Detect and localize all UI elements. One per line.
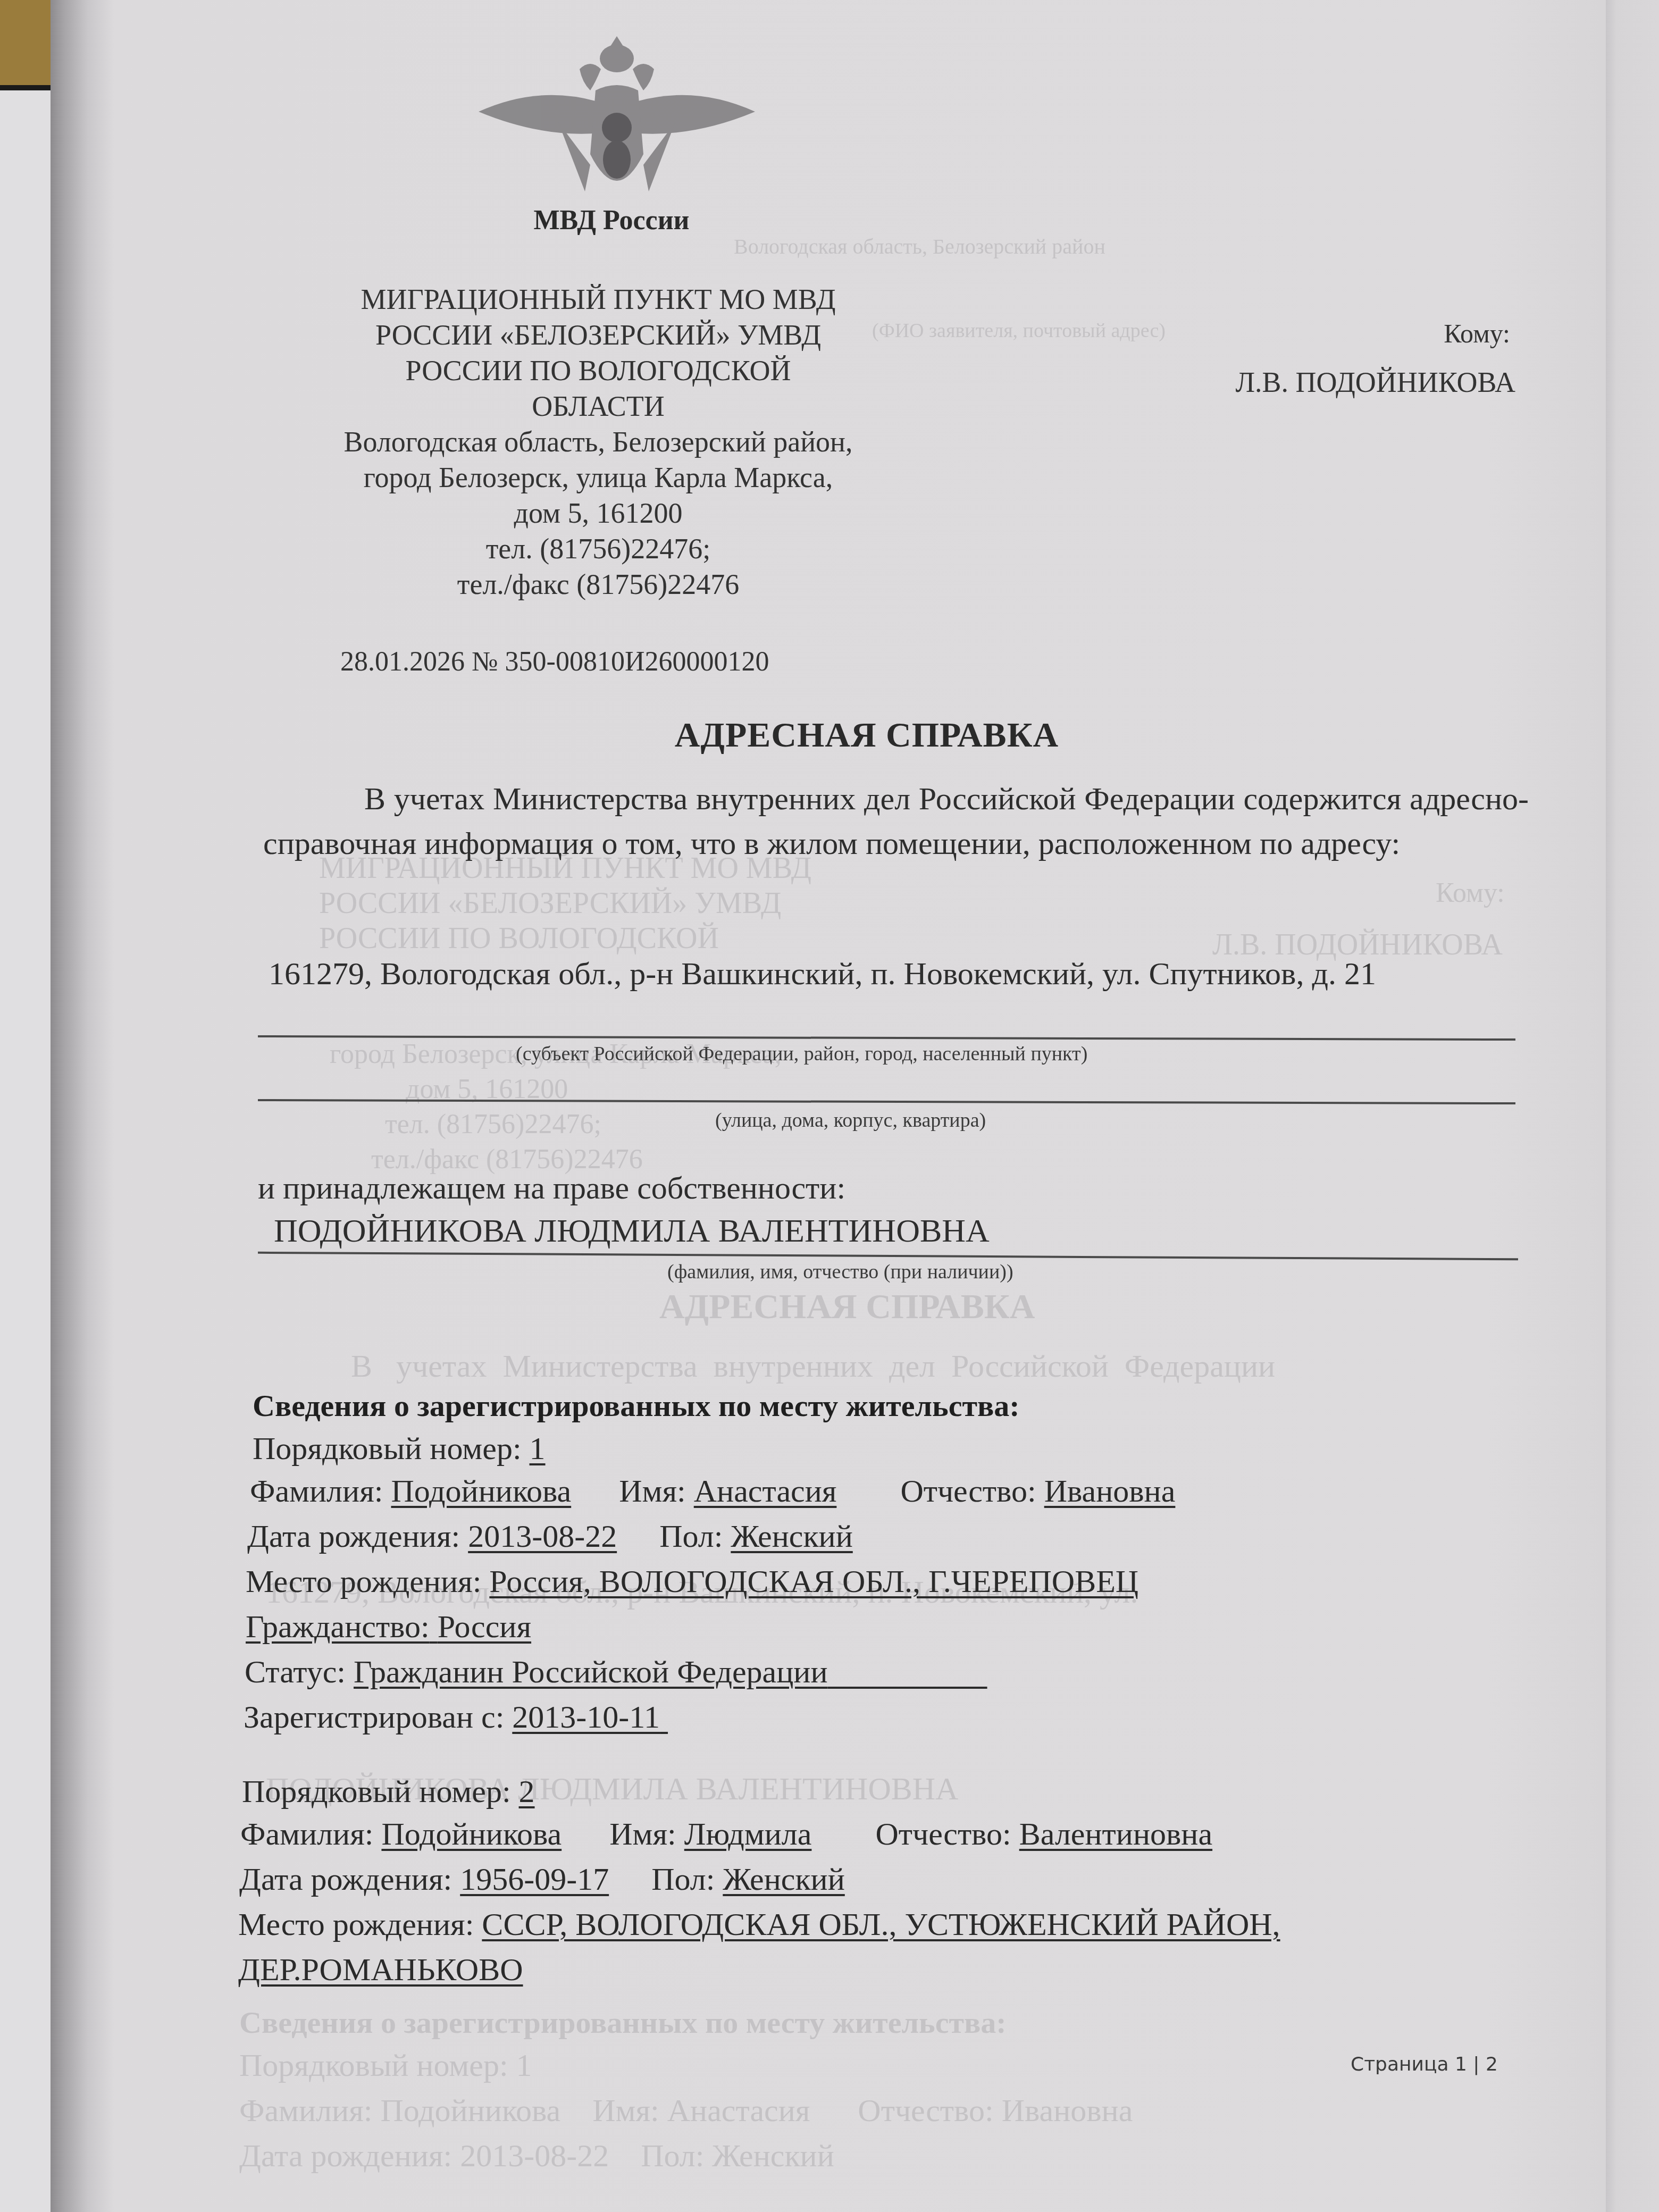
person-status: Гражданин Российской Федерации <box>354 1654 828 1689</box>
document-date-number: 28.01.2026 № 350-00810И260000120 <box>340 646 769 677</box>
intro-paragraph: В учетах Министерства внутренних дел Рос… <box>263 776 1529 866</box>
person-registered-since: 2013-10-11 <box>512 1699 660 1735</box>
person-birth-place: СССР, ВОЛОГОДСКАЯ ОБЛ., УСТЮЖЕНСКИЙ РАЙО… <box>482 1907 1280 1942</box>
field-birth-place-cont: ДЕР.РОМАНЬКОВО <box>238 1951 523 1988</box>
org-address-line: город Белозерск, улица Карла Маркса, <box>298 460 899 496</box>
org-name-line: ОБЛАСТИ <box>298 389 899 424</box>
property-address: 161279, Вологодская обл., р-н Вашкинский… <box>269 952 1507 995</box>
address-certificate: МВД России МИГРАЦИОННЫЙ ПУНКТ МО МВД РОС… <box>0 0 1659 2212</box>
address-region-rule <box>258 1035 1515 1041</box>
org-name-line: МИГРАЦИОННЫЙ ПУНКТ МО МВД <box>298 282 899 317</box>
issuer-block: МИГРАЦИОННЫЙ ПУНКТ МО МВД РОССИИ «БЕЛОЗЕ… <box>298 282 899 602</box>
owner-rule <box>258 1252 1518 1260</box>
agency-short-name: МВД России <box>500 205 723 236</box>
person-surname: Подойникова <box>381 1816 562 1851</box>
person-number: 2 <box>519 1774 535 1809</box>
caption-region: (субъект Российской Федерации, район, го… <box>516 1042 1087 1066</box>
org-address-line: Вологодская область, Белозерский район, <box>298 424 899 460</box>
field-number: Порядковый номер: 1 <box>253 1430 546 1467</box>
field-birth-place: Место рождения: Россия, ВОЛОГОДСКАЯ ОБЛ.… <box>246 1563 1138 1600</box>
person-birth-place: Россия, ВОЛОГОДСКАЯ ОБЛ., Г.ЧЕРЕПОВЕЦ <box>489 1564 1138 1599</box>
field-registered-since: Зарегистрирован с: 2013-10-11 <box>244 1699 668 1736</box>
person-patronymic: Ивановна <box>1044 1473 1176 1509</box>
person-name: Анастасия <box>694 1473 837 1509</box>
caption-owner: (фамилия, имя, отчество (при наличии)) <box>667 1260 1013 1284</box>
person-birth-place-cont: ДЕР.РОМАНЬКОВО <box>238 1952 523 1987</box>
person-patronymic: Валентиновна <box>1019 1816 1212 1851</box>
photo-scene: Вологодская область, Белозерский район (… <box>0 0 1659 2212</box>
owner-name: ПОДОЙНИКОВА ЛЮДМИЛА ВАЛЕНТИНОВНА <box>274 1212 990 1250</box>
org-address-line: дом 5, 161200 <box>298 496 899 531</box>
person-name: Людмила <box>684 1816 812 1851</box>
page-indicator: Страница 1 | 2 <box>1351 2054 1498 2075</box>
field-name-row: Фамилия: ПодойниковаИмя: АнастасияОтчест… <box>250 1473 1175 1510</box>
field-birth-place: Место рождения: СССР, ВОЛОГОДСКАЯ ОБЛ., … <box>238 1906 1280 1943</box>
field-status: Статус: Гражданин Российской Федерации <box>245 1654 987 1690</box>
org-name-line: РОССИИ «БЕЛОЗЕРСКИЙ» УМВД <box>298 317 899 353</box>
field-name-row: Фамилия: ПодойниковаИмя: ЛюдмилаОтчество… <box>240 1816 1212 1853</box>
org-fax-line: тел./факс (81756)22476 <box>298 567 899 602</box>
person-citizenship: Россия <box>438 1609 531 1644</box>
field-number: Порядковый номер: 2 <box>242 1773 535 1810</box>
org-name-line: РОССИИ ПО ВОЛОГОДСКОЙ <box>298 353 899 389</box>
recipient-label: Кому: <box>1444 318 1510 349</box>
person-birth-date: 2013-08-22 <box>468 1519 617 1554</box>
caption-street: (улица, дома, корпус, квартира) <box>715 1109 986 1132</box>
address-street-rule <box>258 1099 1515 1104</box>
mvd-eagle-emblem-icon <box>457 32 776 207</box>
person-sex: Женский <box>723 1862 844 1897</box>
person-surname: Подойникова <box>391 1473 571 1509</box>
owner-intro: и принадлежащем на праве собственности: <box>258 1170 845 1206</box>
person-sex: Женский <box>731 1519 852 1554</box>
person-number: 1 <box>530 1431 546 1466</box>
person-birth-date: 1956-09-17 <box>460 1862 609 1897</box>
document-title: АДРЕСНАЯ СПРАВКА <box>0 715 1659 756</box>
intro-text: В учетах Министерства внутренних дел Рос… <box>263 781 1529 861</box>
field-birth-row: Дата рождения: 2013-08-22Пол: Женский <box>247 1518 853 1555</box>
field-birth-row: Дата рождения: 1956-09-17Пол: Женский <box>239 1861 845 1898</box>
recipient-name: Л.В. ПОДОЙНИКОВА <box>1235 366 1515 399</box>
registered-heading: Сведения о зарегистрированных по месту ж… <box>253 1388 1020 1423</box>
org-phone-line: тел. (81756)22476; <box>298 531 899 567</box>
field-citizenship: Гражданство: Россия <box>246 1608 531 1645</box>
